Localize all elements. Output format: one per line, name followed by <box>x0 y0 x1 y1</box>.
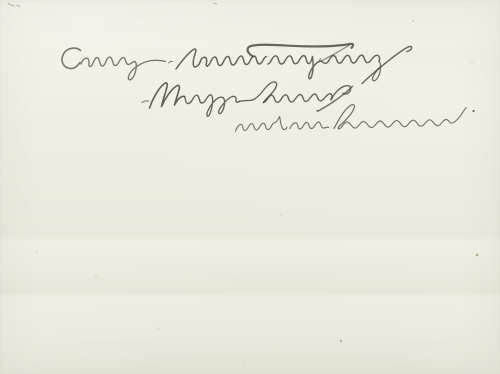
speck <box>476 254 479 257</box>
stroke-flourish-overline <box>248 44 354 57</box>
handwriting-line-3 <box>236 105 475 132</box>
stroke-word-inovu <box>264 94 332 103</box>
speck <box>157 328 159 330</box>
stroke-word-drovichu <box>268 55 380 79</box>
period-dot <box>472 110 474 112</box>
stroke-word-ord <box>185 95 240 116</box>
speck <box>280 214 282 216</box>
stroke-word-ora-tail <box>339 108 466 129</box>
stroke-final-slash-line1 <box>362 46 412 83</box>
handwriting-line-1 <box>62 44 412 84</box>
edge-tick-3 <box>214 3 218 4</box>
stroke-v-ascender <box>239 82 277 103</box>
stroke-word-ot <box>236 117 288 132</box>
stroke-word-aleksan <box>208 56 267 66</box>
speck <box>36 251 38 253</box>
stroke-word-av <box>290 122 329 129</box>
speck <box>340 340 342 342</box>
speck <box>95 276 97 278</box>
speck <box>471 62 473 64</box>
paper-specks <box>36 20 478 364</box>
stroke-capital-s <box>62 48 80 68</box>
stroke-capital-m <box>150 83 185 108</box>
stroke-connector-tick <box>169 61 173 63</box>
stroke-final-bowl <box>331 86 351 100</box>
edge-tick-2 <box>17 5 21 7</box>
stroke-word-semenu <box>81 57 166 80</box>
handwriting-line-2 <box>142 82 353 116</box>
stroke-capital-a <box>176 49 208 69</box>
speck <box>412 20 414 22</box>
paper-edge-marks <box>8 3 217 7</box>
handwriting-svg <box>0 0 500 374</box>
speck <box>243 362 245 364</box>
paper-sheet: Семену Александровичу Мордвинову отъ авт… <box>0 0 500 374</box>
stroke-lead-dash <box>142 101 149 103</box>
stroke-flourish-descender <box>320 45 350 61</box>
edge-tick-1 <box>8 4 14 7</box>
